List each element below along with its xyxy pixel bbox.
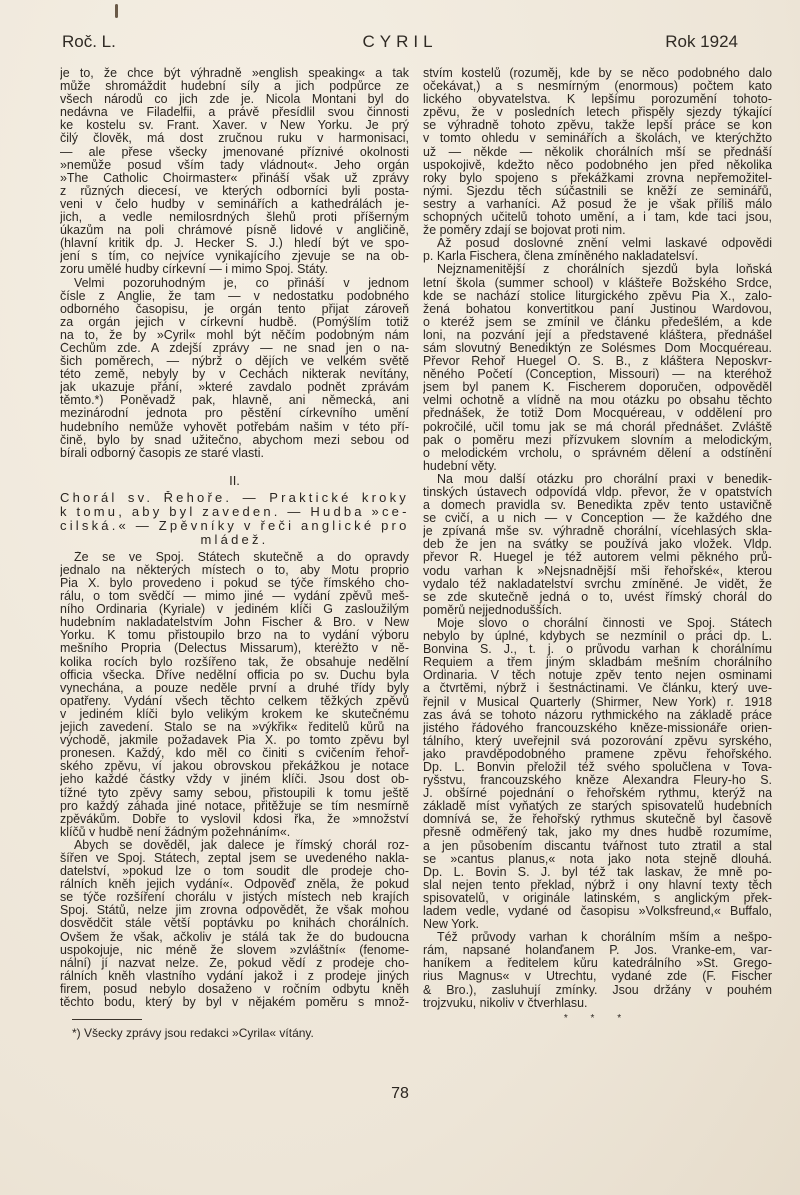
text-line: letní škola (summer school) v klášteře B… — [423, 277, 772, 290]
text-line: loni, na pozvání její a představené kláš… — [423, 329, 772, 342]
text-line: officia všecka. Dříve nedělní officia po… — [60, 669, 409, 682]
text-line: Requiem a třem jiným skladbám mešním cho… — [423, 656, 772, 669]
text-line: nými. Sjezdu těch súčastnili se kněží ze… — [423, 185, 772, 198]
text-line: velmi ochotně a vlídně na mou otázku po … — [423, 394, 772, 407]
text-line: se cvičí, a u nich — v Conception — že k… — [423, 512, 772, 525]
text-line: všech národů co jich zde je. Nicola Mont… — [60, 93, 409, 106]
text-line: jení s tím, co nejvíce vynikajícího zjev… — [60, 250, 409, 263]
text-line: v tomto ohledu v seminářích a školách, v… — [423, 132, 772, 145]
left-para-1: je to, že chce být výhradně »english spe… — [60, 67, 409, 277]
text-line: roky bylo spojeno s překážkami zrovna ne… — [423, 172, 772, 185]
text-line: sám slovutný Benediktýn ze Solésmes Dom … — [423, 342, 772, 355]
scan-mark — [115, 4, 118, 18]
text-line: uspokojuje, nic méně že slovem »zvláštní… — [60, 944, 409, 957]
text-line: rálu, o tom svědčí — mimo jiné — vydání … — [60, 590, 409, 603]
body-columns: je to, že chce být výhradně »english spe… — [60, 67, 772, 1040]
text-line: jsem byl panem K. Fischerem doporučen, o… — [423, 381, 772, 394]
text-line: a domech pravidla sv. Benedikta zpěv ten… — [423, 499, 772, 512]
text-line: řejnil v Musical Quarterly (Shirmer, New… — [423, 696, 772, 709]
text-line: rám, napsané holanďanem P. Jos. Vranke-e… — [423, 944, 772, 957]
text-line: datelství, »pokud lze o tom soudit dle p… — [60, 865, 409, 878]
text-line: Velmi pozoruhodným je, co přináší v jedn… — [60, 277, 409, 290]
text-line: Čechům zde. A zdejší zprávy — ne snad je… — [60, 342, 409, 355]
text-line: vydalo též nakladatelství svrchu zmíněné… — [423, 578, 772, 591]
text-line: Na mou další otázku pro chorální praxi v… — [423, 473, 772, 486]
text-line: je zpívaná mše sv. výhradně chorální, ví… — [423, 525, 772, 538]
text-line: že poměry zdají se bojovat proti nim. — [423, 224, 772, 237]
text-line: New York. — [423, 918, 772, 931]
left-para-2: Velmi pozoruhodným je, co přináší v jedn… — [60, 277, 409, 460]
text-line: čísle z Anglie, že tam — v nedostatku po… — [60, 290, 409, 303]
footnote: *) Všecky zprávy jsou redakci »Cyrila« v… — [60, 1027, 409, 1040]
text-line: čilý člověk, má dost zručnou ruku v harm… — [60, 132, 409, 145]
text-line: Bonvina S. J., t. j. o průvodu varhan k … — [423, 643, 772, 656]
text-line: Dp. L. Bovin S. J. byl též tak laskav, ž… — [423, 866, 772, 879]
right-para-3: Nejznamenitější z chorálních sjezdů byla… — [423, 263, 772, 473]
text-line: se týče rozšíření chorálu v jistých míst… — [60, 891, 409, 904]
text-line: stvím kostelů (rozuměj, kde by se něco p… — [423, 67, 772, 80]
text-line: hudební věty. — [423, 460, 772, 473]
text-line: v jediném klíči bylo velikým krokem ke s… — [60, 708, 409, 721]
section-title-line: k tomu, aby byl zaveden. — Hudba »ce- — [60, 505, 409, 519]
journal-title: CYRIL — [62, 32, 738, 52]
section-title-line: cilská.« — Zpěvníky v řeči anglické pro — [60, 519, 409, 533]
text-line: zpěvákům. Dobře to vyslovil kdosi řka, ž… — [60, 813, 409, 826]
text-line: rálních kněh jejich vydání«. Odpověď zně… — [60, 878, 409, 891]
text-line: ryšstvu, francouzského kněze Alexandra F… — [423, 774, 772, 787]
right-para-4: Na mou další otázku pro chorální praxi v… — [423, 473, 772, 617]
text-line: může shromáždit hudební síly a jich podp… — [60, 80, 409, 93]
text-line: veni v čelo hudby v seminářích a kathedr… — [60, 198, 409, 211]
right-column: stvím kostelů (rozuměj, kde by se něco p… — [423, 67, 772, 1040]
left-column: je to, že chce být výhradně »english spe… — [60, 67, 409, 1040]
text-line: slal nejen tento překlad, nýbrž i ony hl… — [423, 879, 772, 892]
text-line: jak ukazuje přání, »které zavdalo podnět… — [60, 381, 409, 394]
text-line: a jen působením discantu tvářnost tuto z… — [423, 840, 772, 853]
text-line: úkazům na poli chrámové písně lidové v a… — [60, 224, 409, 237]
left-para-3: Že se ve Spoj. Státech skutečně a do opr… — [60, 551, 409, 839]
text-line: a čtvrtěmi, nýbrž i šestnáctinami. Ve čl… — [423, 682, 772, 695]
text-line: za orgán jejich v církevní hudbě. (Pomýš… — [60, 316, 409, 329]
text-line: »nemůže posud vším tady vládnout«. Jeho … — [60, 159, 409, 172]
right-para-5: Moje slovo o chorální činnosti ve Spoj. … — [423, 617, 772, 931]
text-line: (hlavní kritik dp. J. Hecker S. J.) hled… — [60, 237, 409, 250]
text-line: ladem vedle, vydané od časopisu »Volksfr… — [423, 905, 772, 918]
text-line: kde se nachází stolice liturgického zpěv… — [423, 290, 772, 303]
text-line: se »cantus planus,« nota jako nota stejn… — [423, 853, 772, 866]
running-header: Roč. L. CYRIL Rok 1924 — [62, 32, 738, 54]
text-line: tálního, který uveřejnil svá pozorování … — [423, 735, 772, 748]
text-line: odborného časopisu, je orgán tento přija… — [60, 303, 409, 316]
page-number: 78 — [0, 1085, 800, 1103]
text-line: Abych se dověděl, jak dalece je římský c… — [60, 839, 409, 852]
text-line: Též průvody varhan k chorálním mším a ne… — [423, 931, 772, 944]
text-line: o kteréž jsem se zmínil ve článku předeš… — [423, 316, 772, 329]
text-line: firem, posud nebylo dosaženo v ročním od… — [60, 983, 409, 996]
text-line: hudebním nakladatelstvím John Fischer & … — [60, 616, 409, 629]
text-line: jako pravděpodobného pramene zpěvu řehoř… — [423, 748, 772, 761]
text-line: ského zpěvu, ví jakou obrovskou překážko… — [60, 760, 409, 773]
text-line: mešního Propria (Delectus Missarum), kte… — [60, 642, 409, 655]
text-line: Nejznamenitější z chorálních sjezdů byla… — [423, 263, 772, 276]
text-line: očekávat,) a s nesmírným (enormous) počt… — [423, 80, 772, 93]
text-line: něného Početí (Conception, Missouri) — n… — [423, 368, 772, 381]
text-line: na to, že by »Cyril« mohl být něčím podo… — [60, 329, 409, 342]
text-line: této země, nebyly by v Čechách nikterak … — [60, 368, 409, 381]
text-line: čině, bylo by snad užitečno, abychom mez… — [60, 434, 409, 447]
text-line: se zde skutečně jedná o to, uvést římský… — [423, 591, 772, 604]
text-line: deb že jen na svátky se používá jako vlo… — [423, 538, 772, 551]
text-line: jistého řádového francouzského kněze-mis… — [423, 722, 772, 735]
year-label: Rok 1924 — [665, 32, 738, 52]
text-line: přednášek, že totiž Dom Mocquéreau, v od… — [423, 407, 772, 420]
text-line: pokročilé, učil tomu jak se má chorál př… — [423, 421, 772, 434]
text-line: se výhradně tohoto zpěvu, takže lepší pr… — [423, 119, 772, 132]
text-line: ního Ordinaria (Kyriale) v jediném klíči… — [60, 603, 409, 616]
text-line: opatřeny. Vydání všech těchto celkem těž… — [60, 695, 409, 708]
text-line: pronesen. Každý, kdo měl co činiti s cvi… — [60, 747, 409, 760]
text-line: dosvědčit stále větší poptávku po knihác… — [60, 917, 409, 930]
text-line: haníkem a ředitelem kůru katedrálního »S… — [423, 957, 772, 970]
text-line: o melodickém vrcholu, o správném dělení … — [423, 447, 772, 460]
section-number: II. — [60, 474, 409, 488]
text-line: »The Catholic Choirmaster« přináší však … — [60, 172, 409, 185]
text-line: zoru umělé hudby církevní — i mimo Spoj.… — [60, 263, 409, 276]
text-line: vynechána, a pouze neděle první a druhé … — [60, 682, 409, 695]
section-title: Chorál sv. Řehoře. — Praktické krokyk to… — [60, 491, 409, 547]
text-line: jejich zavedení. Stalo se na »výkřik« ře… — [60, 721, 409, 734]
text-line: — ale přese všecky jmenované příznivé ok… — [60, 146, 409, 159]
text-line: Až posud doslovné znění velmi laskavé od… — [423, 237, 772, 250]
text-line: z různých diecesí, ve kterých odborníci … — [60, 185, 409, 198]
text-line: šířen ve Spoj. Státech, zeptal jsem se u… — [60, 852, 409, 865]
text-line: jednalo na některých místech o to, aby M… — [60, 564, 409, 577]
text-line: pro každý záhada jiné notace, přitěžuje … — [60, 800, 409, 813]
section-title-line: mládež. — [60, 533, 409, 547]
text-line: Že se ve Spoj. Státech skutečně a do opr… — [60, 551, 409, 564]
text-line: tížné tyto zpěvy samy sebou, přistoupili… — [60, 787, 409, 800]
text-line: lického obyvatelstva. K lepšímu porozumě… — [423, 93, 772, 106]
text-line: základě míst vyňatých ze starých spisova… — [423, 800, 772, 813]
text-line: zas ává se tohoto názoru rythmického na … — [423, 709, 772, 722]
text-line: poměrů nejjednodušších. — [423, 604, 772, 617]
text-line: Převor Řehoř Huegel O. S. B., z kláštera… — [423, 355, 772, 368]
text-line: pak o poměru mezi přízvukem slovním a me… — [423, 434, 772, 447]
text-line: hudebního nemůže vyhovět potřebám našim … — [60, 421, 409, 434]
text-line: nedávna ve Filadelfii, a právě přesídlil… — [60, 106, 409, 119]
right-para-6: Též průvody varhan k chorálním mším a ne… — [423, 931, 772, 1010]
text-line: rálních kněh vlastního vydání jakož i z … — [60, 970, 409, 983]
text-line: J. obšírné pojednání o řehořském rythmu,… — [423, 787, 772, 800]
section-title-line: Chorál sv. Řehoře. — Praktické kroky — [60, 491, 409, 505]
text-line: Pia X. bylo provedeno i pokud se týče ří… — [60, 577, 409, 590]
text-line: Ordinaria. V těch notuje zpěv tento neje… — [423, 669, 772, 682]
text-line: schopných učitelů tohoto umění, a i tam,… — [423, 211, 772, 224]
text-line: vodu varhan k »Nejsnadnější mši řehořské… — [423, 565, 772, 578]
text-line: žená bohatou konvertitkou paní Justinou … — [423, 303, 772, 316]
text-line: Yorku. K tomu přistoupilo brzo na to vyd… — [60, 629, 409, 642]
right-para-1: stvím kostelů (rozuměj, kde by se něco p… — [423, 67, 772, 237]
text-line: tinských ústavech odpovídá vldp. převor,… — [423, 486, 772, 499]
text-line: jeho každé částky vždy v jiném klíči. Js… — [60, 773, 409, 786]
text-line: spisovatelů, v originále latinském, s an… — [423, 892, 772, 905]
text-line: východě, jakmile požadavek Pia X. po tom… — [60, 734, 409, 747]
text-line: už — někde — několik chorálních mší se p… — [423, 146, 772, 159]
footnote-rule — [72, 1019, 142, 1020]
text-line: rius Magnus« v Utrechtu, vydané zde (F. … — [423, 970, 772, 983]
text-line: Ovšem že však, ačkoliv je stálá tak že d… — [60, 931, 409, 944]
text-line: nální) jí nazvat nelze. Že, pokud vědí z… — [60, 957, 409, 970]
text-line: bírali odborný časopis ze staré vlasti. — [60, 447, 409, 460]
text-line: jich, a vedle nemilosrdných šlehů proti … — [60, 211, 409, 224]
text-line: je to, že chce být výhradně »english spe… — [60, 67, 409, 80]
text-line: uspokojivě, kdežto něco podobného jen př… — [423, 159, 772, 172]
text-line: těchto bodu, který by byl v nějakém pomě… — [60, 996, 409, 1009]
section-ornament: * * * — [423, 1012, 772, 1026]
text-line: Dp. L. Bonvin přeložil též svého spolučl… — [423, 761, 772, 774]
text-line: zpěvu, že v posledních letech přispěly s… — [423, 106, 772, 119]
text-line: p. Karla Fischera, člena zmíněného nakla… — [423, 250, 772, 263]
text-line: převor Ř. Huegel je též autorem velmi pě… — [423, 551, 772, 564]
text-line: sestry a varhaníci. Až posud že je však … — [423, 198, 772, 211]
text-line: ke kostelu sv. Frant. Xaver. v New Yorku… — [60, 119, 409, 132]
text-line: těmto.*) Poněvadž pak, hlavně, ani němec… — [60, 394, 409, 407]
text-line: kolika rocích bylo rozšířeno tak, že obs… — [60, 656, 409, 669]
text-line: Moje slovo o chorální činnosti ve Spoj. … — [423, 617, 772, 630]
text-line: šich poměrech, — nýbrž o dějích ve velké… — [60, 355, 409, 368]
text-line: klíčů v hudbě není žádným požehnáním«. — [60, 826, 409, 839]
right-para-2: Až posud doslovné znění velmi laskavé od… — [423, 237, 772, 263]
text-line: domnívá se, že řehořský rythmus skutečně… — [423, 813, 772, 826]
text-line: nebylo by úplné, kdybych se nezmínil o p… — [423, 630, 772, 643]
text-line: Spoj. Států, nelze jim zrovna odpovědět,… — [60, 904, 409, 917]
left-para-4: Abych se dověděl, jak dalece je římský c… — [60, 839, 409, 1009]
text-line: mezinárodní jednota pro pěstění církevní… — [60, 407, 409, 420]
text-line: trojzvuku, nikoliv v čtverhlasu. — [423, 997, 772, 1010]
text-line: přesně odměřený tak, jako my dnes hudbě … — [423, 826, 772, 839]
text-line: & Bro.), zasluhují zmínky. Jsou držány v… — [423, 984, 772, 997]
